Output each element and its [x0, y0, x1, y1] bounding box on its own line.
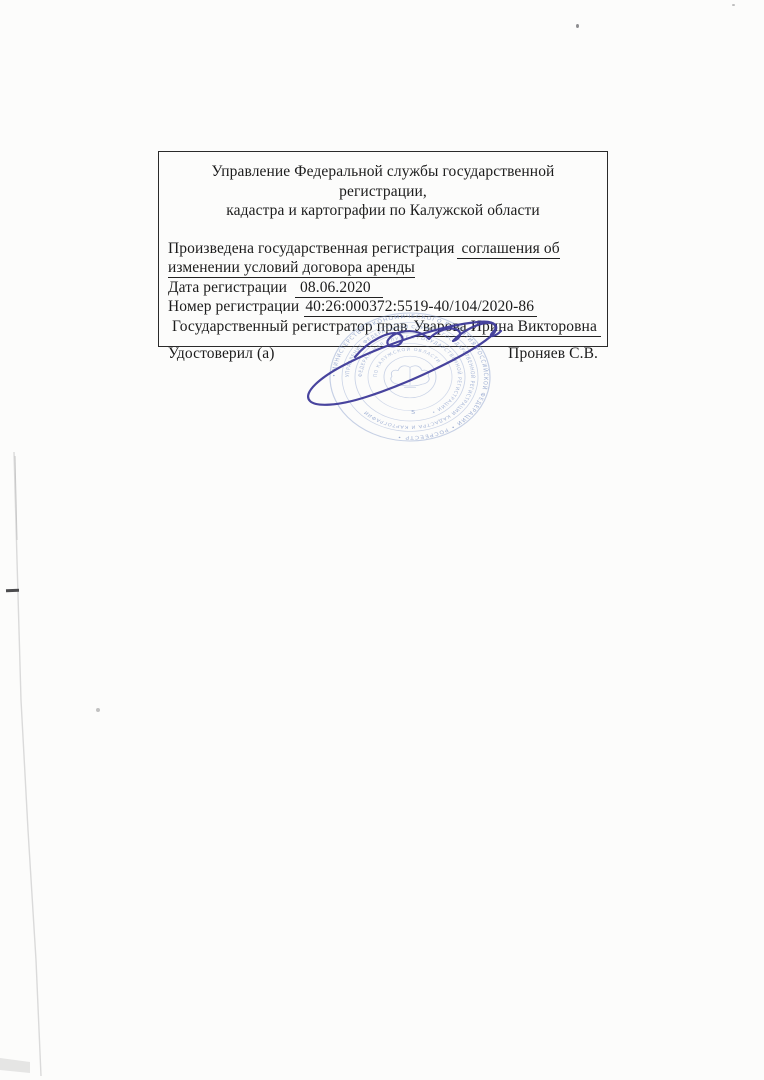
paper-crease-line: [14, 452, 41, 1076]
certified-by-label: Удостоверил (а): [168, 344, 275, 364]
registration-date-line: Дата регистрации08.06.2020: [168, 278, 598, 298]
authority-name-line2: кадастра и картографии по Калужской обла…: [168, 201, 598, 221]
handwritten-signature: [288, 303, 523, 415]
registration-subject-line2: изменении условий договора аренды: [168, 258, 598, 278]
date-label: Дата регистрации: [168, 279, 287, 296]
scan-edge-shadow: [0, 1058, 30, 1073]
registration-action-line: Произведена государственная регистрацияс…: [168, 239, 598, 259]
scan-speck: [96, 708, 100, 712]
registration-subject-part1: соглашения об: [457, 240, 560, 259]
signature-strokes: [308, 322, 501, 405]
date-value: 08.06.2020: [295, 279, 383, 298]
authority-header: Управление Федеральной службы государств…: [168, 162, 598, 221]
paper-crease-dark-segment: [15, 456, 17, 540]
scan-mark-dash: [6, 589, 19, 592]
registration-action-label: Произведена государственная регистрация: [168, 240, 455, 257]
scanned-document-page: Управление Федеральной службы государств…: [0, 0, 764, 1080]
authority-name-line1: Управление Федеральной службы государств…: [168, 162, 598, 201]
scan-speck: [576, 24, 579, 28]
scan-speck: [732, 4, 735, 6]
number-label: Номер регистрации: [168, 298, 299, 315]
registration-subject-part2: изменении условий договора аренды: [168, 259, 415, 278]
